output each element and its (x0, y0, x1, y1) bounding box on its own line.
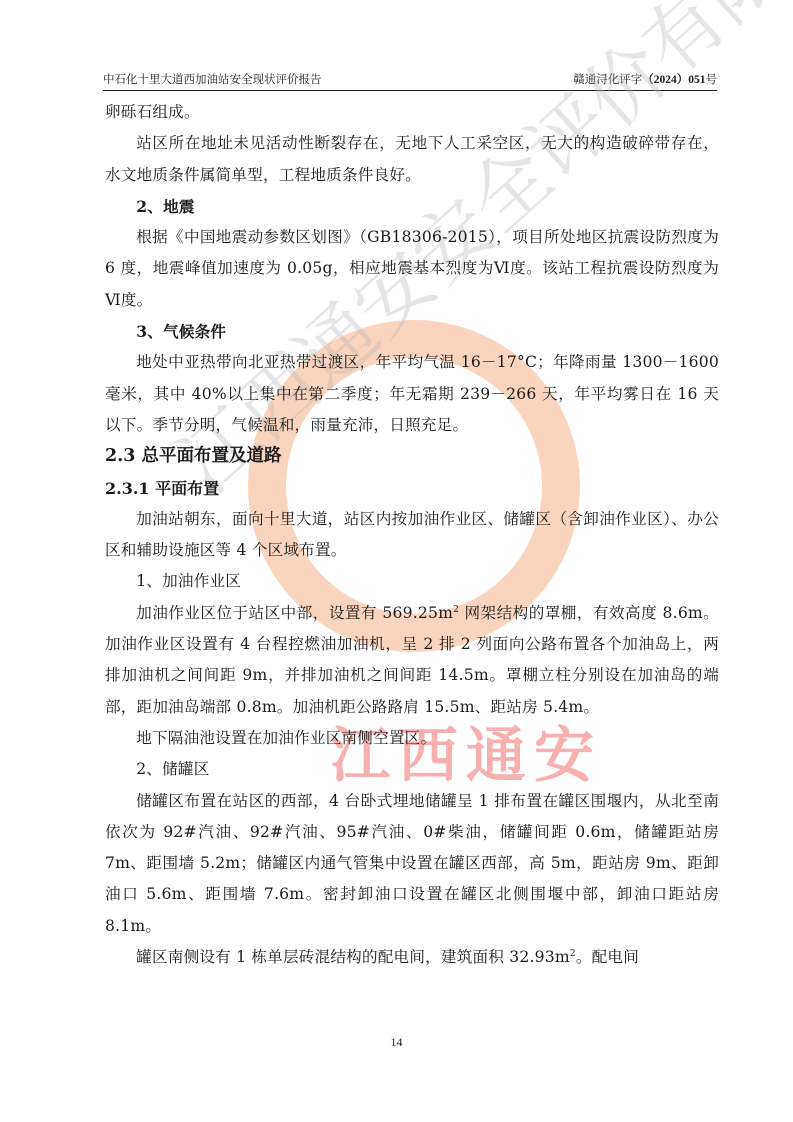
section-heading: 2.3 总平面布置及道路 (105, 441, 719, 472)
heading-climate: 3、气候条件 (105, 316, 719, 347)
paragraph: 卵砾石组成。 (105, 97, 719, 128)
text-run: 。配电间 (576, 948, 639, 966)
document-body: 卵砾石组成。 站区所在地址未见活动性断裂存在，无地下人工采空区，无大的构造破碎带… (105, 97, 719, 973)
paragraph: 加油站朝东，面向十里大道，站区内按加油作业区、储罐区（含卸油作业区）、办公区和辅… (105, 504, 719, 567)
header-code-suffix: 号 (706, 72, 718, 89)
page-header: 中石化十里大道西加油站安全现状评价报告 赣通浔化评字（2024）051号 (103, 70, 717, 91)
subsection-heading: 2.3.1 平面布置 (105, 473, 719, 504)
text-run: 罐区南侧设有 1 栋单层砖混结构的配电间，建筑面积 32.93m (136, 948, 570, 966)
text-run: 加油作业区位于站区中部，设置有 569.25m (136, 604, 453, 622)
paragraph: 地下隔油池设置在加油作业区南侧空置区。 (105, 723, 719, 754)
paragraph: 站区所在地址未见活动性断裂存在，无地下人工采空区，无大的构造破碎带存在，水文地质… (105, 128, 719, 191)
heading-earthquake: 2、地震 (105, 191, 719, 222)
paragraph: 加油作业区位于站区中部，设置有 569.25m2 网架结构的罩棚，有效高度 8.… (105, 598, 719, 723)
heading-zone-1: 1、加油作业区 (105, 566, 719, 597)
header-report-title: 中石化十里大道西加油站安全现状评价报告 (103, 71, 322, 90)
page-number: 14 (0, 1035, 793, 1050)
paragraph: 储罐区布置在站区的西部，4 台卧式埋地储罐呈 1 排布置在罐区围堰内，从北至南依… (105, 786, 719, 942)
paragraph: 地处中亚热带向北亚热带过渡区，年平均气温 16－17°C；年降雨量 1300－1… (105, 347, 719, 441)
header-code-prefix: 赣通浔化评字 (573, 72, 642, 89)
paragraph: 根据《中国地震动参数区划图》（GB18306-2015），项目所处地区抗震设防烈… (105, 222, 719, 316)
heading-zone-2: 2、储罐区 (105, 754, 719, 785)
header-report-code: 赣通浔化评字（2024）051号 (573, 71, 717, 90)
header-code-number: （2024）051 (642, 74, 705, 86)
paragraph: 罐区南侧设有 1 栋单层砖混结构的配电间，建筑面积 32.93m2。配电间 (105, 942, 719, 973)
